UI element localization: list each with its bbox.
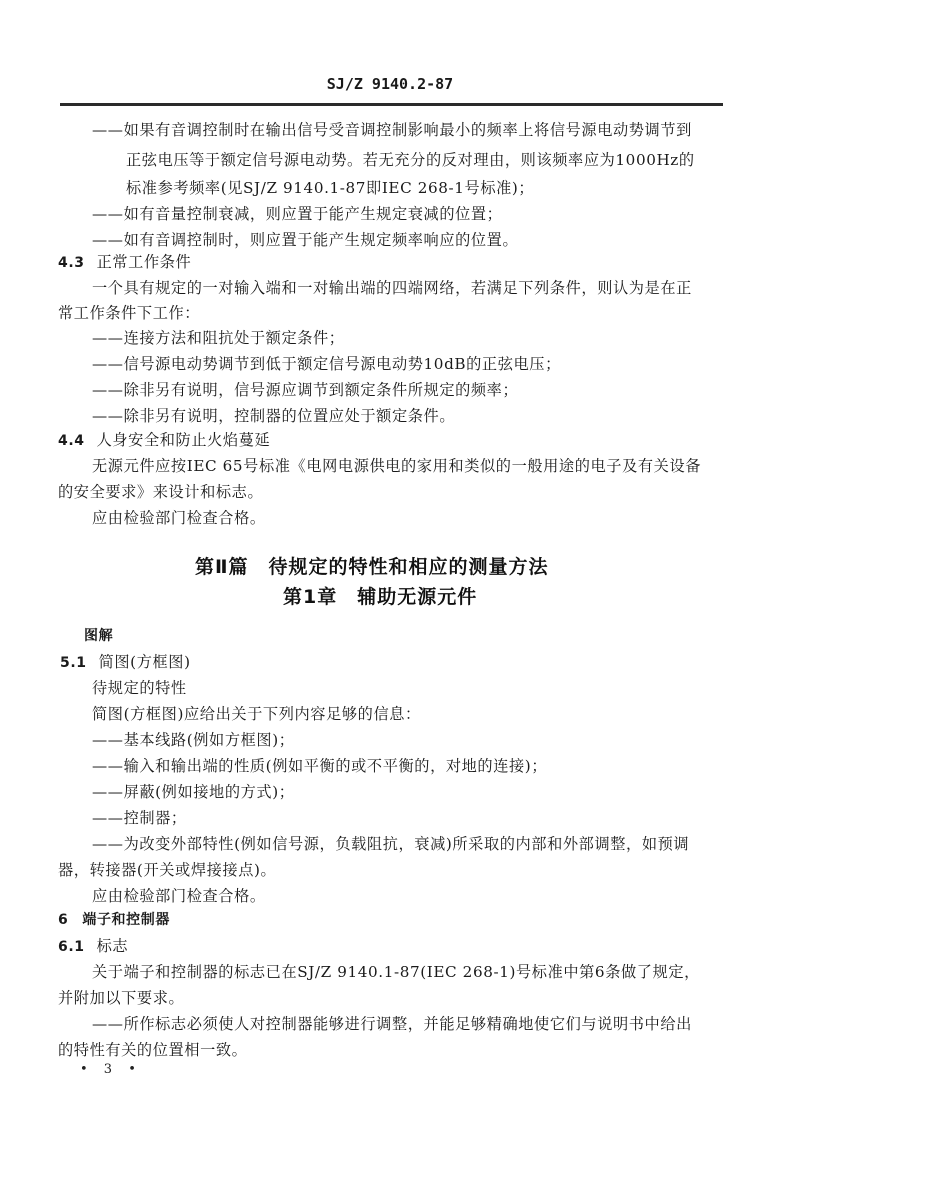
- paragraph: 应由检验部门检查合格。: [92, 508, 266, 528]
- list-item: ——控制器；: [92, 808, 187, 828]
- list-item: ——输入和输出端的性质(例如平衡的或不平衡的，对地的连接)；: [92, 756, 547, 776]
- paragraph: 简图(方框图)应给出关于下列内容足够的信息：: [92, 704, 421, 724]
- list-item: ——所作标志必须使人对控制器能够进行调整，并能足够精确地使它们与说明书中给出: [92, 1014, 692, 1034]
- section-title: 标志: [97, 937, 129, 955]
- section-6-1-heading: 6.1标志: [58, 936, 128, 957]
- illustration-label: 图解: [84, 626, 113, 646]
- paragraph-cont: 的安全要求》来设计和标志。: [58, 482, 263, 502]
- section-6-heading: 6端子和控制器: [58, 910, 170, 930]
- paragraph: 一个具有规定的一对输入端和一对输出端的四端网络，若满足下列条件，则认为是在正: [92, 278, 692, 298]
- text-line: 标准参考频率(见SJ/Z 9140.1-87即IEC 268-1号标准)；: [126, 178, 534, 198]
- text-line: 正弦电压等于额定信号源电动势。若无充分的反对理由，则该频率应为1000Hz的: [126, 150, 695, 170]
- paragraph: 应由检验部门检查合格。: [92, 886, 266, 906]
- section-title: 正常工作条件: [97, 253, 192, 271]
- section-number: 6.1: [58, 939, 85, 955]
- list-item: ——基本线路(例如方框图)；: [92, 730, 295, 750]
- paragraph-cont: 常工作条件下工作：: [58, 303, 200, 323]
- section-4-3-heading: 4.3正常工作条件: [58, 252, 191, 273]
- header-rule: [60, 103, 723, 106]
- section-5-1-heading: 5.1简图(方框图): [60, 652, 191, 673]
- section-title: 端子和控制器: [82, 912, 170, 928]
- list-item: ——为改变外部特性(例如信号源，负载阻抗，衰减)所采取的内部和外部调整，如预调: [92, 834, 689, 854]
- list-item: ——除非另有说明，控制器的位置应处于额定条件。: [92, 406, 455, 426]
- list-item: ——除非另有说明，信号源应调节到额定条件所规定的频率；: [92, 380, 518, 400]
- section-4-4-heading: 4.4人身安全和防止火焰蔓延: [58, 430, 270, 451]
- subheading: 待规定的特性: [92, 678, 187, 698]
- paragraph-cont: 并附加以下要求。: [58, 988, 184, 1008]
- chapter-title: 第1章 辅助无源元件: [283, 582, 477, 609]
- document-page: SJ/Z 9140.2-87 ——如果有音调控制时在输出信号受音调控制影响最小的…: [0, 0, 950, 1195]
- text-line: ——如有音调控制时，则应置于能产生规定频率响应的位置。: [92, 230, 518, 250]
- paragraph: 无源元件应按IEC 65号标准《电网电源供电的家用和类似的一般用途的电子及有关设…: [92, 456, 701, 476]
- paragraph: 关于端子和控制器的标志已在SJ/Z 9140.1-87(IEC 268-1)号标…: [92, 962, 700, 982]
- text-line: ——如有音量控制衰减，则应置于能产生规定衰减的位置；: [92, 204, 502, 224]
- list-item: ——信号源电动势调节到低于额定信号源电动势10dB的正弦电压；: [92, 354, 561, 374]
- page-number: • 3 •: [80, 1062, 142, 1077]
- section-number: 5.1: [60, 655, 87, 671]
- part-title: 第Ⅱ篇 待规定的特性和相应的测量方法: [195, 552, 549, 579]
- section-title: 简图(方框图): [99, 653, 191, 671]
- list-item: ——屏蔽(例如接地的方式)；: [92, 782, 295, 802]
- section-number: 4.4: [58, 433, 85, 449]
- section-number: 6: [58, 912, 68, 928]
- section-title: 人身安全和防止火焰蔓延: [97, 431, 271, 449]
- text-line: ——如果有音调控制时在输出信号受音调控制影响最小的频率上将信号源电动势调节到: [92, 120, 692, 140]
- section-number: 4.3: [58, 255, 85, 271]
- list-item: ——连接方法和阻抗处于额定条件；: [92, 328, 345, 348]
- document-id-header: SJ/Z 9140.2-87: [0, 75, 780, 93]
- list-item-cont: 器，转接器(开关或焊接接点)。: [58, 860, 276, 880]
- list-item-cont: 的特性有关的位置相一致。: [58, 1040, 247, 1060]
